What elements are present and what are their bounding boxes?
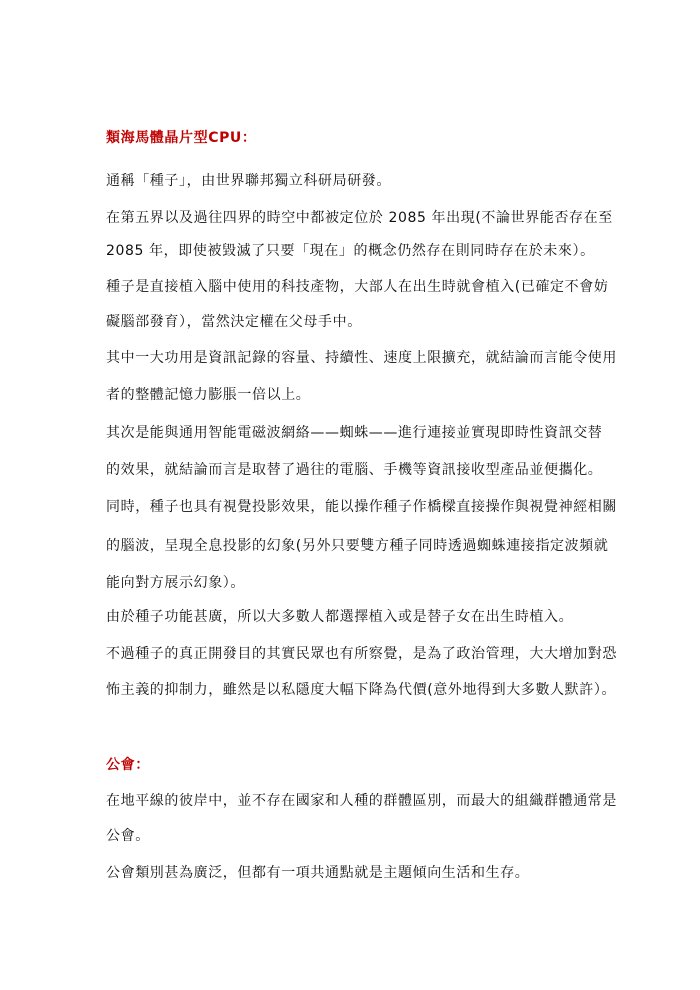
paragraph-line: 通稱「種子」，由世界聯邦獨立科研局研發。 (106, 172, 391, 190)
paragraph-line: 其中一大功用是資訊記錄的容量、持續性、速度上限擴充，就結論而言能令使用 (106, 349, 617, 367)
paragraph-line: 在地平線的彼岸中，並不存在國家和人種的群體區別，而最大的組織群體通常是 (106, 792, 617, 810)
paragraph-line: 其次是能與通用智能電磁波網絡——蜘蛛——進行連接並實現即時性資訊交替 (106, 424, 602, 442)
paragraph-line: 者的整體記憶力膨脹一倍以上。 (106, 386, 310, 404)
paragraph-line: 的效果，就結論而言是取替了過往的電腦、手機等資訊接收型產品並便攜化。 (106, 461, 602, 479)
paragraph-line: 同時，種子也具有視覺投影效果，能以操作種子作橋樑直接操作與視覺神經相關 (106, 498, 617, 516)
paragraph-line: 公會類別甚為廣泛，但都有一項共通點就是主題傾向生活和生存。 (106, 864, 529, 882)
paragraph-line: 能向對方展示幻象）。 (106, 574, 245, 592)
paragraph-line: 怖主義的抑制力，雖然是以私隱度大幅下降為代價(意外地得到大多數人默許）。 (106, 681, 616, 699)
paragraph-line: 公會。 (106, 827, 150, 845)
paragraph-line: 由於種子功能甚廣，所以大多數人都選擇植入或是替子女在出生時植入。 (106, 608, 573, 626)
section-heading-cpu: 類海馬體晶片型CPU： (106, 129, 257, 147)
paragraph-line: 的腦波，呈現全息投影的幻象(另外只要雙方種子同時透過蜘蛛連接指定波頻就 (106, 537, 608, 555)
section-heading-guild: 公會： (106, 756, 150, 774)
paragraph-line: 在第五界以及過往四界的時空中都被定位於 2085 年出現(不論世界能否存在至 (106, 209, 613, 227)
paragraph-line: 種子是直接植入腦中使用的科技產物，大部人在出生時就會植入(已確定不會妨 (106, 278, 608, 296)
paragraph-line: 2085 年，即使被毀滅了只要「現在」的概念仍然存在則同時存在於未來）。 (106, 242, 595, 260)
paragraph-line: 不過種子的真正開發目的其實民眾也有所察覺，是為了政治管理，大大增加對恐 (106, 645, 617, 663)
paragraph-line: 礙腦部發育），當然決定權在父母手中。 (106, 313, 362, 331)
